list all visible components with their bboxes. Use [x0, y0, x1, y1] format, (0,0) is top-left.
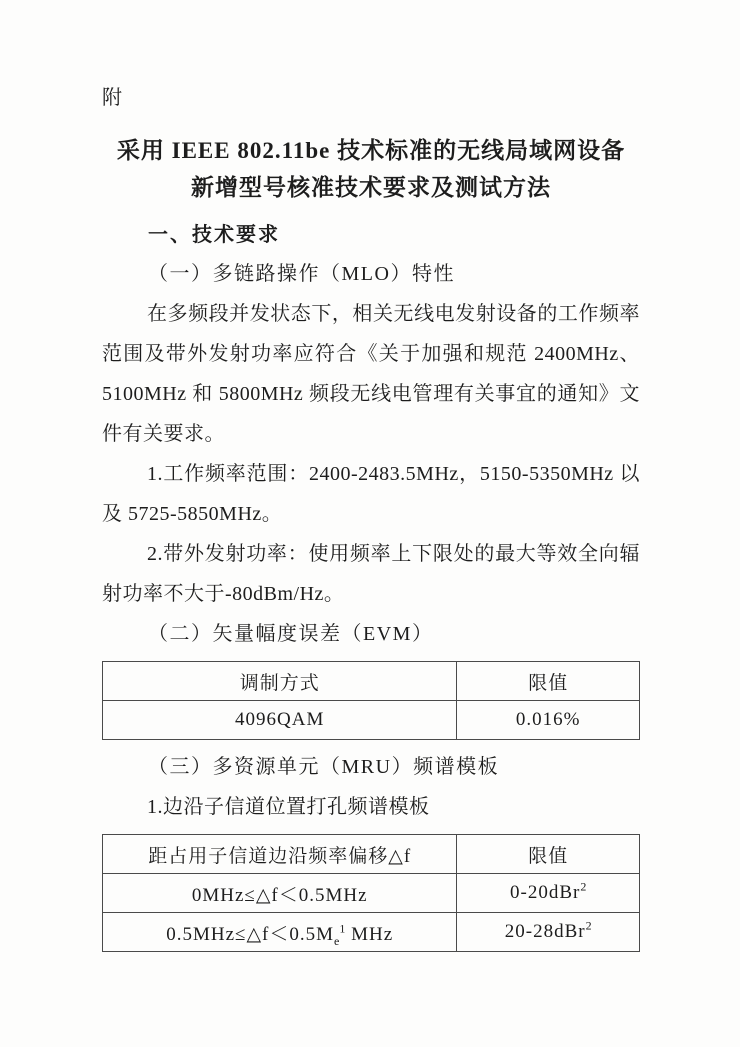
mru-offset-2-unit: MHz: [345, 924, 393, 945]
attachment-label: 附: [102, 86, 640, 110]
evm-header-limit: 限值: [457, 662, 640, 701]
paragraph-mlo-requirements: 在多频段并发状态下，相关无线电发射设备的工作频率范围及带外发射功率应符合《关于加…: [102, 294, 640, 454]
section-heading-technical-requirements: 一、技术要求: [102, 216, 640, 254]
subsection-heading-evm: （二）矢量幅度误差（EVM）: [102, 614, 640, 654]
subsection-heading-mlo: （一）多链路操作（MLO）特性: [102, 254, 640, 294]
mru-header-frequency-offset: 距占用子信道边沿频率偏移△f: [103, 835, 457, 874]
mru-table-data-row-1: 0MHz≤△f＜0.5MHz 0-20dBr2: [103, 874, 640, 913]
evm-cell-modulation: 4096QAM: [103, 701, 457, 740]
mru-table-data-row-2: 0.5MHz≤△f＜0.5Me1 MHz 20-28dBr2: [103, 913, 640, 952]
paragraph-out-of-band-power: 2.带外发射功率：使用频率上下限处的最大等效全向辐射功率不大于-80dBm/Hz…: [102, 534, 640, 614]
document-title-line-1: 采用 IEEE 802.11be 技术标准的无线局域网设备: [102, 132, 640, 169]
mru-cell-offset-range-1: 0MHz≤△f＜0.5MHz: [103, 874, 457, 913]
mru-limit-1-footnote-sup: 2: [580, 880, 586, 894]
evm-table: 调制方式 限值 4096QAM 0.016%: [102, 661, 640, 740]
mru-table: 距占用子信道边沿频率偏移△f 限值 0MHz≤△f＜0.5MHz 0-20dBr…: [102, 834, 640, 952]
mru-limit-2-text: 20-28dBr: [505, 921, 586, 942]
document-title: 采用 IEEE 802.11be 技术标准的无线局域网设备 新增型号核准技术要求…: [102, 132, 640, 206]
mru-table-header-row: 距占用子信道边沿频率偏移△f 限值: [103, 835, 640, 874]
document-title-line-2: 新增型号核准技术要求及测试方法: [102, 169, 640, 206]
evm-table-data-row: 4096QAM 0.016%: [103, 701, 640, 740]
evm-cell-limit: 0.016%: [457, 701, 640, 740]
paragraph-working-frequency-range: 1.工作频率范围：2400-2483.5MHz，5150-5350MHz 以及 …: [102, 454, 640, 534]
evm-table-header-row: 调制方式 限值: [103, 662, 640, 701]
mru-offset-2-subscript: e: [334, 933, 339, 947]
mru-cell-limit-1: 0-20dBr2: [457, 874, 640, 913]
mru-limit-1-text: 0-20dBr: [510, 882, 580, 903]
paragraph-punctured-spectrum-mask: 1.边沿子信道位置打孔频谱模板: [102, 787, 640, 827]
evm-header-modulation: 调制方式: [103, 662, 457, 701]
mru-header-limit: 限值: [457, 835, 640, 874]
subsection-heading-mru: （三）多资源单元（MRU）频谱模板: [102, 747, 640, 787]
mru-cell-offset-range-2: 0.5MHz≤△f＜0.5Me1 MHz: [103, 913, 457, 952]
mru-limit-2-footnote-sup: 2: [586, 919, 592, 933]
document-page: 附 采用 IEEE 802.11be 技术标准的无线局域网设备 新增型号核准技术…: [0, 0, 740, 1047]
mru-cell-limit-2: 20-28dBr2: [457, 913, 640, 952]
mru-offset-2-text: 0.5MHz≤△f＜0.5M: [166, 924, 334, 945]
